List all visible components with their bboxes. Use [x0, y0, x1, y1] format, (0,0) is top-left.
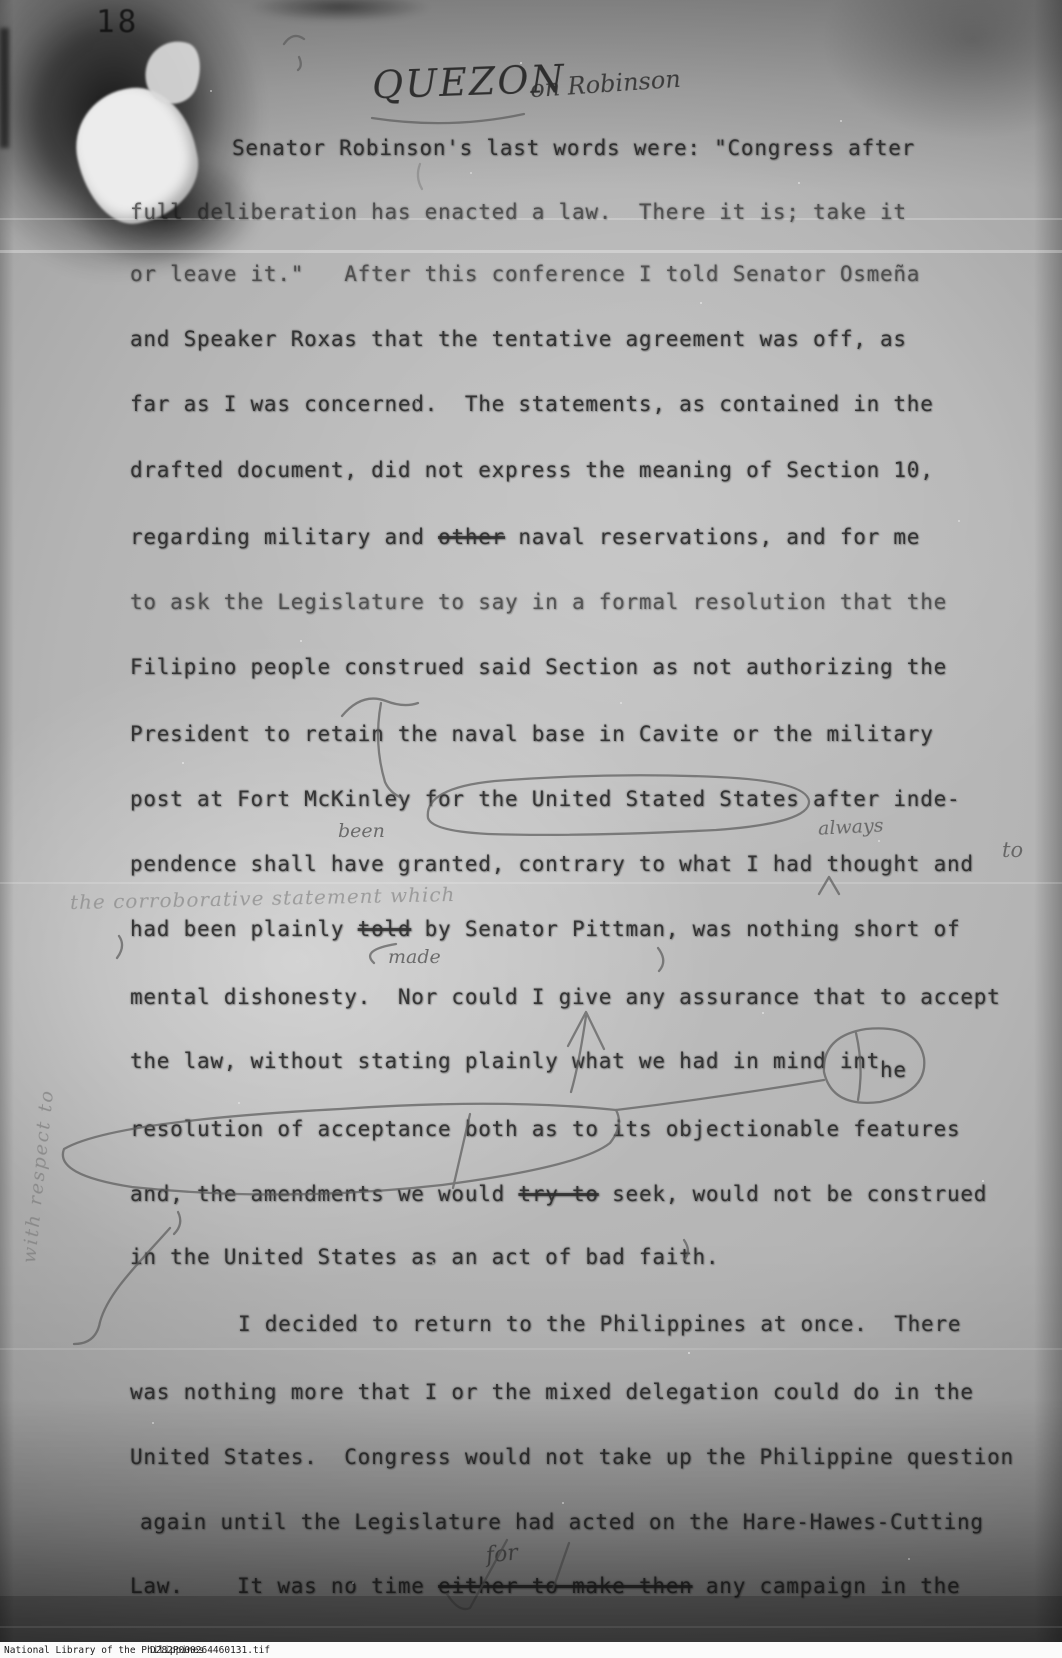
circled-phrase-oval — [63, 1104, 619, 1195]
stray-pencil-mark — [284, 36, 304, 70]
stray-pencil-mark — [418, 164, 422, 189]
margin-swoosh — [74, 1228, 170, 1344]
title-underline — [372, 114, 524, 123]
dust-speckles — [0, 0, 2, 2]
insertion-stem — [378, 703, 402, 798]
inserted-comma-mark — [174, 1212, 180, 1234]
inserted-comma-mark — [658, 948, 663, 971]
inserted-comma-mark — [117, 936, 122, 958]
scan-filename: D282P000264460131.tif — [150, 1645, 270, 1656]
circled-word-loop — [824, 1028, 924, 1102]
footer-bar: National Library of the Philippines D282… — [0, 1642, 1062, 1658]
separator-slash — [453, 1114, 470, 1188]
made-hook-stroke — [370, 944, 396, 963]
inserted-comma-mark — [684, 1240, 688, 1260]
scanned-document-page: 18 Senator Robinson's last words were: "… — [0, 0, 1062, 1658]
connector-line — [616, 1080, 824, 1110]
circled-word-strike — [856, 1033, 861, 1100]
bottom-vignette — [0, 1596, 1062, 1642]
circled-phrase-oval — [428, 775, 809, 835]
insertion-caret — [819, 877, 839, 894]
